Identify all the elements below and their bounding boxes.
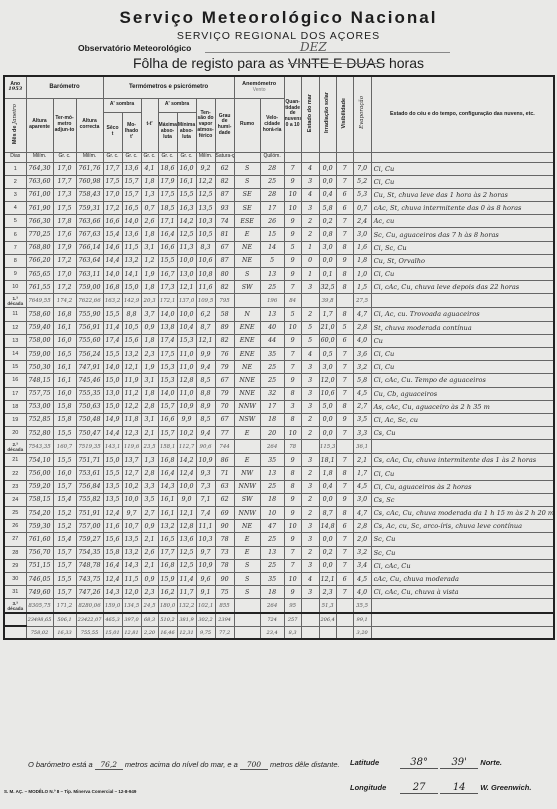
total-vi (336, 613, 353, 626)
decade-label: 3.ª década (4, 599, 26, 614)
cell-alt: 8305,75 (26, 599, 53, 614)
cell-ev: 1,6 (353, 241, 371, 254)
vapor-tension-header: Ten-são do vapor atmos-férico (196, 98, 215, 152)
cell-h: 67 (215, 241, 234, 254)
cell-h: 67 (215, 413, 234, 426)
sky-state-cell: Ci, cAc, Cu. Tempo de aguaceiros (371, 374, 554, 387)
cell-tp: 15,6 (122, 334, 141, 347)
cell-ta: 17,9 (53, 241, 76, 254)
cell-tp: 10,0 (122, 493, 141, 506)
cell-tv: 13,5 (196, 202, 215, 215)
sky-state-cell: Cs, Cu (371, 427, 554, 440)
day-cell: 4 (4, 202, 26, 215)
cell-v: 15 (260, 228, 284, 241)
sky-state-cell: Ci, Cu (371, 347, 554, 360)
cell-vi: 9 (336, 254, 353, 267)
cell-ta: 15,5 (53, 454, 76, 467)
table-row: 16748,1516,1745,4615,011,93,115,312,88,5… (4, 374, 554, 387)
sky-state-cell: As, cAc, Cu, aguaceiro às 2 h 35 m (371, 400, 554, 413)
cell-mn: 112,7 (177, 440, 196, 454)
cell-alt: 748,15 (26, 374, 53, 387)
total-mx: 16,46 (158, 626, 177, 639)
cell-ir: 115,3 (319, 440, 336, 454)
cell-n: 7 (284, 559, 301, 572)
cell-v: 25 (260, 281, 284, 294)
cell-m (301, 440, 319, 454)
cell-ir: 0,1 (319, 268, 336, 281)
cell-r: NNE (234, 387, 260, 400)
cell-t: 13,5 (103, 493, 122, 506)
cell-tp: 11,5 (122, 241, 141, 254)
cell-t: 16,4 (103, 559, 122, 572)
cell-v: 25 (260, 559, 284, 572)
cell-h: 70 (215, 400, 234, 413)
sky-state-cell (371, 599, 554, 614)
cell-h: 79 (215, 361, 234, 374)
cell-ac: 759,00 (76, 281, 103, 294)
cell-alt: 761,60 (26, 533, 53, 546)
cell-m (301, 599, 319, 614)
cell-mx: 16,1 (158, 507, 177, 520)
irradiation-header: Irradiação solar (319, 76, 336, 152)
cell-t: 14,0 (103, 268, 122, 281)
cell-ev: 4,0 (353, 334, 371, 347)
cell-ta: 16,5 (53, 347, 76, 360)
cell-vi: 6 (336, 572, 353, 585)
cell-alt: 758,60 (26, 308, 53, 321)
cell-ir: 14,8 (319, 520, 336, 533)
cell-ac: 756,24 (76, 347, 103, 360)
total-h: 2394 (215, 613, 234, 626)
cell-h: 93 (215, 202, 234, 215)
cell-tv: 109,5 (196, 294, 215, 308)
day-cell: 9 (4, 268, 26, 281)
cell-tv: 10,3 (196, 533, 215, 546)
cell-n: 8 (284, 413, 301, 426)
cell-h: 80 (215, 268, 234, 281)
cell-mn: 10,9 (177, 400, 196, 413)
cell-ir: 12,1 (319, 572, 336, 585)
cell-tv: 8,3 (196, 241, 215, 254)
cell-n: 7 (284, 361, 301, 374)
table-row: 30746,0515,5743,7512,411,50,915,911,49,6… (4, 572, 554, 585)
cell-ac: 759,31 (76, 202, 103, 215)
cell-h: 79 (215, 387, 234, 400)
total-tv: 302,2 (196, 613, 215, 626)
table-row: 26759,3015,2757,0011,610,70,913,212,811,… (4, 520, 554, 533)
cell-t: 17,0 (103, 188, 122, 201)
cell-vi: 7 (336, 454, 353, 467)
cell-dt: 2,6 (141, 546, 158, 559)
sky-state-cell: St, chuva moderada contínua (371, 321, 554, 334)
corrected-height-header: Altura correcta (76, 98, 103, 152)
total-dt: 68,3 (141, 613, 158, 626)
cell-m: 2 (301, 413, 319, 426)
sheet-title-prefix: Fôlha de registo para as (133, 55, 284, 71)
cell-tv: 9,4 (196, 427, 215, 440)
cell-mn: 12,5 (177, 546, 196, 559)
table-row: 14759,0016,5756,2415,513,22,317,511,09,9… (4, 347, 554, 360)
cell-vi (336, 294, 353, 308)
cell-mx: 16,1 (158, 493, 177, 506)
cell-ev: 5,3 (353, 188, 371, 201)
cell-ir: 18,1 (319, 454, 336, 467)
cell-mx: 14,0 (158, 387, 177, 400)
cell-mx: 158,1 (158, 440, 177, 454)
cell-m: 3 (301, 400, 319, 413)
total-ac: 755,55 (76, 626, 103, 639)
cell-mx: 16,4 (158, 467, 177, 480)
cell-n: 9 (284, 268, 301, 281)
cell-tv: 11,1 (196, 520, 215, 533)
cell-mn: 11,7 (177, 586, 196, 599)
cell-tv: 9,1 (196, 586, 215, 599)
cell-r: ENE (234, 334, 260, 347)
cell-ev: 3,6 (353, 347, 371, 360)
cell-h: 74 (215, 215, 234, 228)
day-cell: 5 (4, 215, 26, 228)
cell-h: 62 (215, 493, 234, 506)
cell-mx: 15,3 (158, 374, 177, 387)
cell-tp: 13,2 (122, 254, 141, 267)
cell-ac: 750,48 (76, 413, 103, 426)
observatory-value: DEZ (300, 40, 327, 54)
sky-state-cell (371, 294, 554, 308)
total-tv: 9,75 (196, 626, 215, 639)
cell-h: 90 (215, 520, 234, 533)
sky-state-cell: Ci, cAc, Cu, chuva à vista (371, 586, 554, 599)
cell-mn: 12,5 (177, 559, 196, 572)
sky-state-cell: Ci, Cu (371, 162, 554, 175)
cell-ac: 767,63 (76, 228, 103, 241)
cell-r: E (234, 228, 260, 241)
cell-v: 17 (260, 202, 284, 215)
sheet-title: Fôlha de registo para as VINTE E DUAS ho… (0, 55, 557, 71)
cell-dt: 1,8 (141, 281, 158, 294)
cell-n: 9 (284, 334, 301, 347)
cell-n: 8 (284, 467, 301, 480)
cell-m: 4 (301, 188, 319, 201)
cell-dt: 2,6 (141, 215, 158, 228)
cell-h: 855 (215, 599, 234, 614)
cell-ev: 3,0 (353, 228, 371, 241)
longitude-min: 14 (440, 782, 478, 794)
total-mx: 510,2 (158, 613, 177, 626)
cell-dt: 0,9 (141, 520, 158, 533)
unit-10 (234, 152, 260, 162)
cell-tv: 9,9 (196, 347, 215, 360)
cell-mx: 13,8 (158, 321, 177, 334)
cell-dt: 1,9 (141, 361, 158, 374)
latitude-deg: 38° (400, 757, 438, 769)
cell-dt: 2,8 (141, 467, 158, 480)
cell-m: 3 (301, 281, 319, 294)
unit-6: Gr. c. (158, 152, 177, 162)
cell-v: 35 (260, 572, 284, 585)
total-ir: 206,4 (319, 613, 336, 626)
cell-tv: 10,9 (196, 454, 215, 467)
cell-v: 264 (260, 440, 284, 454)
day-cell: 17 (4, 387, 26, 400)
decade-summary-row: 2.ª década7543,35160,77519,35143,1119,62… (4, 440, 554, 454)
cell-mn: 10,0 (177, 480, 196, 493)
cell-h: 87 (215, 254, 234, 267)
cell-t: 17,2 (103, 202, 122, 215)
cell-t: 14,9 (103, 413, 122, 426)
table-row: 1764,3017,0761,7617,713,64,118,616,09,26… (4, 162, 554, 175)
latitude-line: Latitude 38° 39' Norte. (350, 757, 502, 769)
cell-mx: 18,5 (158, 202, 177, 215)
cell-dt: 3,1 (141, 413, 158, 426)
cell-ta: 17,0 (53, 268, 76, 281)
cell-alt: 7649,55 (26, 294, 53, 308)
cell-t: 159,0 (103, 599, 122, 614)
day-cell: 29 (4, 559, 26, 572)
cell-h: 63 (215, 480, 234, 493)
cell-m: 3 (301, 480, 319, 493)
day-cell: 1 (4, 162, 26, 175)
cell-n: 9 (284, 374, 301, 387)
cell-v: 32 (260, 387, 284, 400)
total-alt: 758,02 (26, 626, 53, 639)
cell-tp: 119,6 (122, 440, 141, 454)
cell-tp: 12,7 (122, 467, 141, 480)
cell-dt: 23,5 (141, 440, 158, 454)
cell-vi: 8 (336, 281, 353, 294)
cell-r: SE (234, 188, 260, 201)
sky-state-cell: Ci, cAc, Cu (371, 559, 554, 572)
cell-alt: 750,30 (26, 361, 53, 374)
table-row: 13758,0016,0755,6017,415,61,817,415,312,… (4, 334, 554, 347)
cell-mx: 15,5 (158, 254, 177, 267)
cell-ir: 5,8 (319, 202, 336, 215)
unit-2: Milím. (76, 152, 103, 162)
total-ta: 16,33 (53, 626, 76, 639)
cell-tp: 134,5 (122, 599, 141, 614)
day-cell: 30 (4, 572, 26, 585)
cell-vi: 7 (336, 387, 353, 400)
cell-ta: 16,0 (53, 387, 76, 400)
day-cell: 28 (4, 546, 26, 559)
cell-ir: 8,7 (319, 507, 336, 520)
observatory-label: Observatório Meteorológico (78, 43, 191, 53)
cell-n: 7 (284, 162, 301, 175)
cell-v: 18 (260, 413, 284, 426)
table-row: 10761,5517,2759,0016,815,01,817,312,111,… (4, 281, 554, 294)
cell-r: NNW (234, 507, 260, 520)
max-temp-header: Máxima abso-luta (158, 112, 177, 152)
cell-mx: 16,7 (158, 268, 177, 281)
anemometer-header: AnemómetroVento (234, 76, 284, 98)
form-title: Serviço Meteorológico Nacional (0, 8, 557, 28)
sky-state-cell: Cs, cAc, Cu, chuva moderada da 1 h 15 m … (371, 507, 554, 520)
cell-ta: 17,8 (53, 215, 76, 228)
sky-state-header: Estado do céu e do tempo, configuração d… (371, 76, 554, 152)
cell-t: 15,0 (103, 454, 122, 467)
cell-tp: 14,1 (122, 268, 141, 281)
sheet-title-suffix: horas (389, 55, 424, 71)
cell-ta: 15,7 (53, 480, 76, 493)
cell-alt: 761,55 (26, 281, 53, 294)
cell-mn: 11,4 (177, 572, 196, 585)
cell-ev: 4,0 (353, 586, 371, 599)
attached-thermometer-header: Ter-mó-metro adjun-to (53, 98, 76, 152)
sky-state-cell: Sc, Cu (371, 533, 554, 546)
table-row: 27761,6015,4759,2715,613,52,116,513,610,… (4, 533, 554, 546)
day-cell: 26 (4, 520, 26, 533)
sky-state-cell: Ac, cu (371, 215, 554, 228)
cell-ir: 10,6 (319, 387, 336, 400)
form-subtitle: SERVIÇO REGIONAL DOS AÇORES (0, 30, 557, 42)
cell-ta: 16,0 (53, 467, 76, 480)
cell-tv: 10,8 (196, 268, 215, 281)
cell-vi: 7 (336, 215, 353, 228)
cell-t: 14,0 (103, 361, 122, 374)
total-ir (319, 626, 336, 639)
total-m (301, 626, 319, 639)
cell-r: NNW (234, 400, 260, 413)
cell-mn: 12,4 (177, 467, 196, 480)
cell-vi: 6 (336, 520, 353, 533)
min-temp-header: Mínima abso-luta (177, 112, 196, 152)
cell-ir: 1,8 (319, 467, 336, 480)
wind-direction-header: Rumo (234, 98, 260, 152)
total-ev: 99,1 (353, 613, 371, 626)
cell-r: E (234, 427, 260, 440)
cell-vi: 8 (336, 308, 353, 321)
sky-state-cell: Cs, cAc, Cu, chuva intermitente das 1 às… (371, 454, 554, 467)
cell-mx: 14,0 (158, 308, 177, 321)
cell-tp: 15,7 (122, 175, 141, 188)
cell-mx: 16,5 (158, 533, 177, 546)
cell-h: 76 (215, 347, 234, 360)
cell-vi (336, 440, 353, 454)
cell-alt: 766,20 (26, 254, 53, 267)
cell-dt: 2,1 (141, 559, 158, 572)
cell-ac: 755,35 (76, 387, 103, 400)
cell-tp: 12,2 (122, 400, 141, 413)
shade-header-1: A' sombra (103, 98, 141, 112)
cell-mx: 17,7 (158, 546, 177, 559)
day-cell: 31 (4, 586, 26, 599)
cell-ta: 15,4 (53, 493, 76, 506)
cell-ev: 4,5 (353, 572, 371, 585)
sky-state-cell: Cu, St, Orvalho (371, 254, 554, 267)
cell-alt: 768,80 (26, 241, 53, 254)
cell-h: 82 (215, 175, 234, 188)
cell-ev: 4,5 (353, 480, 371, 493)
cell-mn: 11,0 (177, 387, 196, 400)
cell-n: 8 (284, 480, 301, 493)
cell-n: 9 (284, 586, 301, 599)
cell-ac: 750,47 (76, 427, 103, 440)
unit-8: Milím. (196, 152, 215, 162)
cell-vi: 8 (336, 400, 353, 413)
cell-n: 9 (284, 533, 301, 546)
cell-ac: 745,46 (76, 374, 103, 387)
table-row: 6770,2517,6767,6315,413,61,816,412,510,5… (4, 228, 554, 241)
evaporation-header: Evaporação (353, 76, 371, 152)
cell-ev: 4,7 (353, 507, 371, 520)
thermometers-header: Termómetros e psicrómetro (103, 76, 234, 98)
cell-tv: 12,1 (196, 334, 215, 347)
cell-ir: 0,2 (319, 215, 336, 228)
total-m (301, 613, 319, 626)
unit-7: Gr. c. (177, 152, 196, 162)
cell-m: 4 (301, 572, 319, 585)
cell-ev: 4,5 (353, 387, 371, 400)
cell-h: 78 (215, 533, 234, 546)
table-row: 5766,3017,8763,6616,614,02,617,114,210,3… (4, 215, 554, 228)
cell-ac: 7519,35 (76, 440, 103, 454)
cell-ir: 0,2 (319, 546, 336, 559)
cell-tv: 7,4 (196, 507, 215, 520)
total-mn: 381,9 (177, 613, 196, 626)
cell-alt: 7543,35 (26, 440, 53, 454)
cell-alt: 763,60 (26, 175, 53, 188)
cell-ev: 27,5 (353, 294, 371, 308)
cell-ir: 0,0 (319, 533, 336, 546)
cell-ev: 3,4 (353, 559, 371, 572)
sky-state-cell: cAc, St, chuva intermitente das 0 às 8 h… (371, 202, 554, 215)
cell-h: 67 (215, 374, 234, 387)
cell-ac: 755,82 (76, 493, 103, 506)
cell-vi: 8 (336, 268, 353, 281)
table-row: 24758,1515,4755,8213,510,03,516,19,07,16… (4, 493, 554, 506)
cell-n: 9 (284, 175, 301, 188)
sky-state-cell: Cs, Sc (371, 493, 554, 506)
cell-alt: 752,80 (26, 427, 53, 440)
cell-tv: 12,2 (196, 175, 215, 188)
totals-row: 758,0216,33755,5515,0112,812,2016,4612,3… (4, 626, 554, 639)
cell-mx: 15,7 (158, 400, 177, 413)
cell-v: 25 (260, 175, 284, 188)
cell-ac: 748,78 (76, 559, 103, 572)
cell-mx: 16,8 (158, 559, 177, 572)
year-header: Ano1953 (4, 76, 26, 98)
cell-mx: 16,6 (158, 241, 177, 254)
cell-ev: 3,2 (353, 361, 371, 374)
sky-state-cell: Ci, cAc, Cu, chuva leve depois das 22 ho… (371, 281, 554, 294)
cell-tv: 8,5 (196, 413, 215, 426)
cell-tp: 13,2 (122, 347, 141, 360)
cell-ir: 0,0 (319, 427, 336, 440)
cell-ac: 750,63 (76, 400, 103, 413)
cell-vi: 7 (336, 228, 353, 241)
day-cell: 8 (4, 254, 26, 267)
cell-ta: 15,7 (53, 559, 76, 572)
cell-ir: 3,0 (319, 241, 336, 254)
cell-vi: 5 (336, 321, 353, 334)
cell-ac: 743,75 (76, 572, 103, 585)
cell-tp: 13,2 (122, 546, 141, 559)
cell-tv: 10,3 (196, 215, 215, 228)
cell-vi (336, 599, 353, 614)
cell-r: S (234, 572, 260, 585)
cell-h: 62 (215, 162, 234, 175)
day-cell: 21 (4, 454, 26, 467)
cell-tv: 8,5 (196, 374, 215, 387)
cell-dt: 3,1 (141, 374, 158, 387)
day-cell: 23 (4, 480, 26, 493)
cell-mn: 11,0 (177, 347, 196, 360)
clouds-header: Quan-tidade de nuvens 0 a 10 (284, 76, 301, 152)
cell-dt: 1,3 (141, 454, 158, 467)
cell-h: 90 (215, 572, 234, 585)
cell-tv: 7,1 (196, 493, 215, 506)
cell-m: 3 (301, 533, 319, 546)
cell-ir: 0,8 (319, 228, 336, 241)
